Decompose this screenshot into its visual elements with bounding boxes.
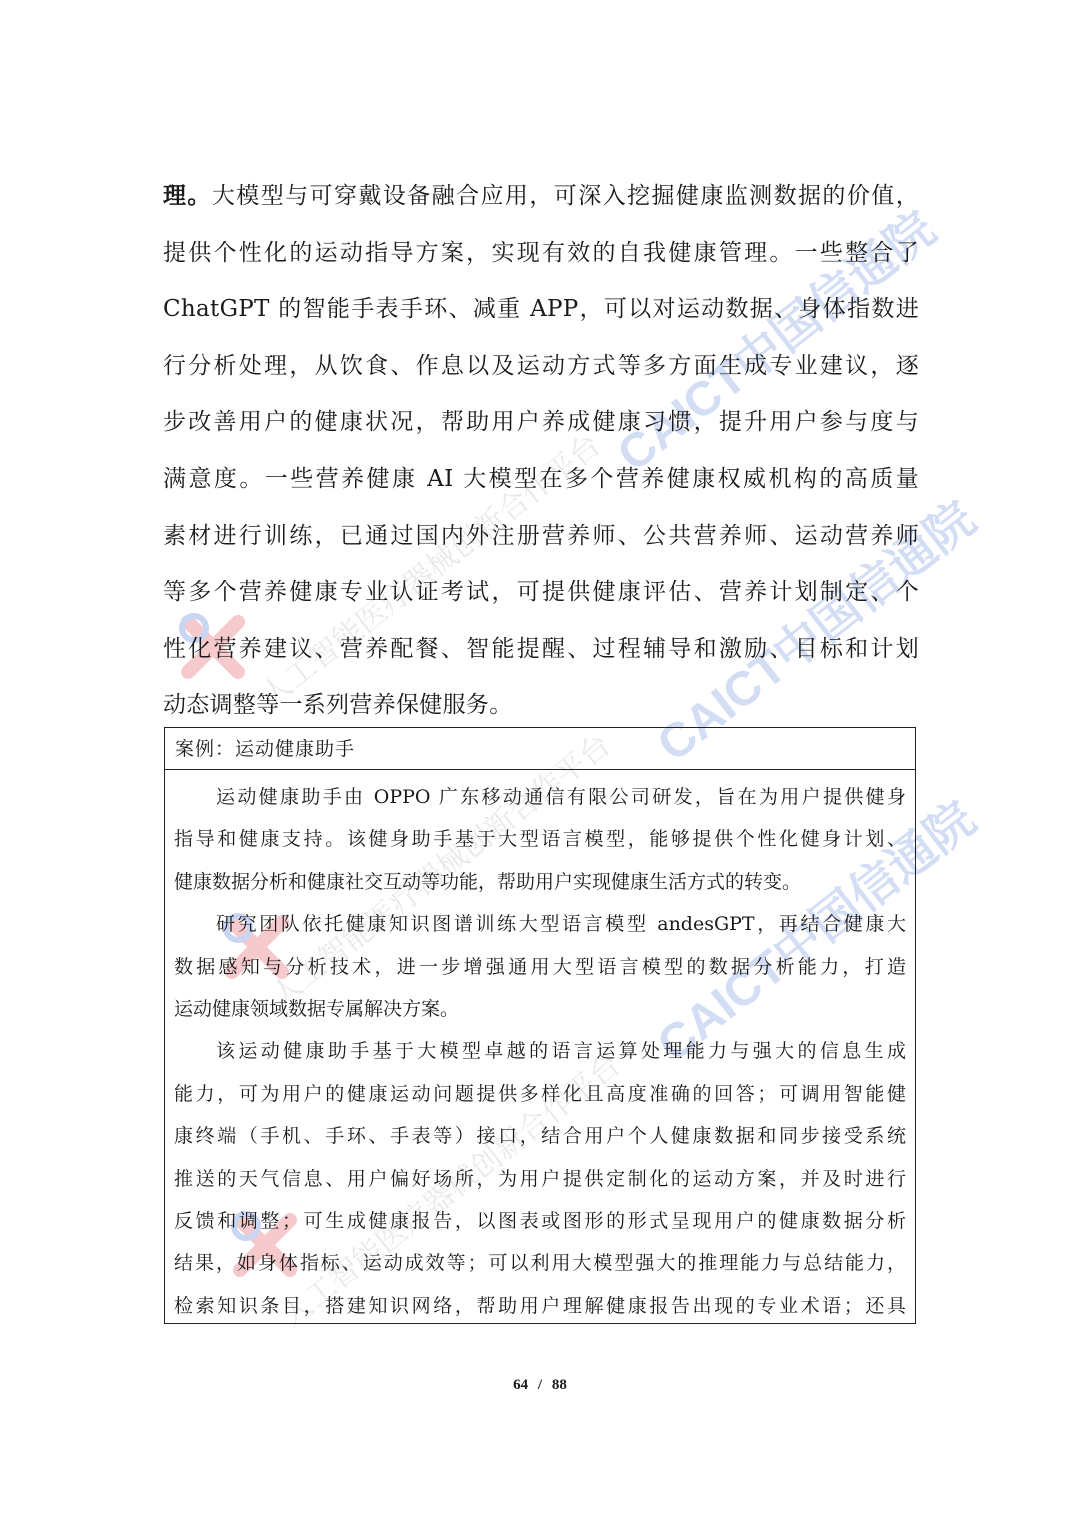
- case-study-header: 案例：运动健康助手: [165, 728, 915, 770]
- page-separator: /: [538, 1377, 542, 1393]
- case-line: 结果，如身体指标、运动成效等；可以利用大模型强大的推理能力与总结能力，: [174, 1242, 906, 1284]
- case-study-body: 运动健康助手由 OPPO 广东移动通信有限公司研发，旨在为用户提供健身 指导和健…: [165, 770, 915, 1327]
- case-line: 检索知识条目，搭建知识网络，帮助用户理解健康报告出现的专业术语；还具: [174, 1285, 906, 1327]
- case-study-box: 案例：运动健康助手 运动健康助手由 OPPO 广东移动通信有限公司研发，旨在为用…: [164, 727, 916, 1324]
- case-line: 数据感知与分析技术，进一步增强通用大型语言模型的数据分析能力，打造: [174, 946, 906, 988]
- case-line: 运动健康领域数据专属解决方案。: [174, 988, 906, 1030]
- bold-lead-text: 理。: [163, 182, 212, 209]
- body-line: 等多个营养健康专业认证考试，可提供健康评估、营养计划制定、个: [163, 564, 919, 621]
- current-page: 64: [513, 1377, 528, 1393]
- document-page: CAICT中国信通院 CAICT中国信通院 CAICT中国信通院 人工智能医疗器…: [0, 0, 1080, 1528]
- case-line: 康终端（手机、手环、手表等）接口，结合用户个人健康数据和同步接受系统: [174, 1115, 906, 1157]
- case-line: 推送的天气信息、用户偏好场所，为用户提供定制化的运动方案，并及时进行: [174, 1158, 906, 1200]
- case-line: 指导和健康支持。该健身助手基于大型语言模型，能够提供个性化健身计划、: [174, 818, 906, 860]
- case-line: 运动健康助手由 OPPO 广东移动通信有限公司研发，旨在为用户提供健身: [174, 776, 906, 818]
- body-line: 行分析处理，从饮食、作息以及运动方式等多方面生成专业建议，逐: [163, 338, 919, 395]
- case-line: 健康数据分析和健康社交互动等功能，帮助用户实现健康生活方式的转变。: [174, 861, 906, 903]
- total-pages: 88: [552, 1377, 567, 1393]
- body-line: 提供个性化的运动指导方案，实现有效的自我健康管理。一些整合了: [163, 225, 919, 282]
- page-number: 64 / 88: [0, 1377, 1080, 1394]
- case-line: 研究团队依托健康知识图谱训练大型语言模型 andesGPT，再结合健康大: [174, 903, 906, 945]
- body-paragraph: 理。大模型与可穿戴设备融合应用，可深入挖掘健康监测数据的价值， 提供个性化的运动…: [163, 168, 919, 734]
- body-line: 素材进行训练，已通过国内外注册营养师、公共营养师、运动营养师: [163, 508, 919, 565]
- body-line: 理。大模型与可穿戴设备融合应用，可深入挖掘健康监测数据的价值，: [163, 168, 919, 225]
- body-line: 动态调整等一系列营养保健服务。: [163, 677, 919, 734]
- body-line: 性化营养建议、营养配餐、智能提醒、过程辅导和激励、目标和计划: [163, 621, 919, 678]
- body-line: 步改善用户的健康状况，帮助用户养成健康习惯，提升用户参与度与: [163, 394, 919, 451]
- case-line: 反馈和调整；可生成健康报告，以图表或图形的形式呈现用户的健康数据分析: [174, 1200, 906, 1242]
- body-line: ChatGPT 的智能手表手环、减重 APP，可以对运动数据、身体指数进: [163, 281, 919, 338]
- case-line: 能力，可为用户的健康运动问题提供多样化且高度准确的回答；可调用智能健: [174, 1073, 906, 1115]
- body-line: 满意度。一些营养健康 AI 大模型在多个营养健康权威机构的高质量: [163, 451, 919, 508]
- case-line: 该运动健康助手基于大模型卓越的语言运算处理能力与强大的信息生成: [174, 1030, 906, 1072]
